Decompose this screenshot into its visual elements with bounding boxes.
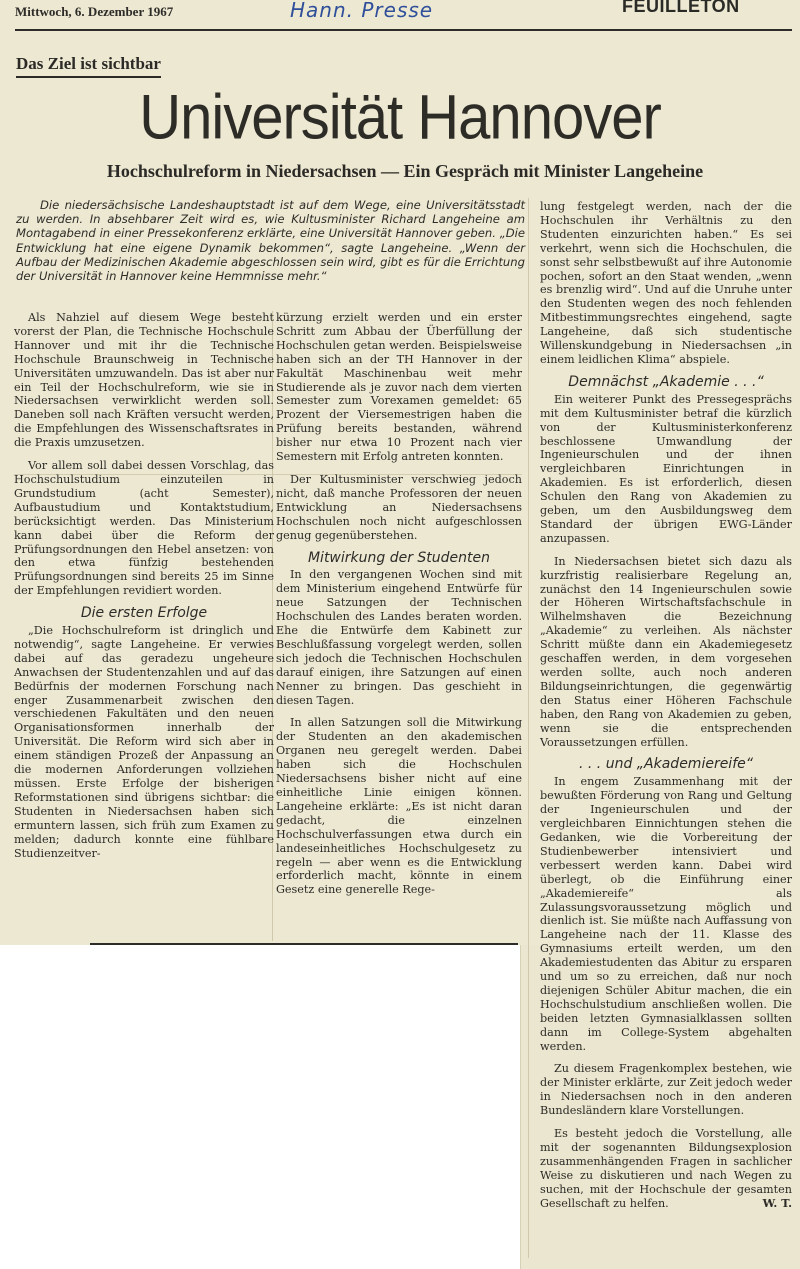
article-subheadline: Hochschulreform in Niedersachsen — Ein G…: [0, 161, 800, 182]
article-paragraph: Der Kultusminister verschwieg jedoch nic…: [276, 473, 522, 543]
article-paragraph: In engem Zusammenhang mit der bewußten F…: [540, 775, 792, 1053]
section-label: FEUILLETON: [622, 0, 740, 17]
article-paragraph: Ein weiterer Punkt des Pressegesprächs m…: [540, 393, 792, 546]
section-subheading: Demnächst „Akademie . . .“: [540, 376, 792, 390]
handwritten-source-note: Hann. Presse: [290, 0, 433, 22]
masthead-rule: [15, 29, 792, 31]
article-paragraph: In allen Satzungen soll die Mitwirkung d…: [276, 716, 522, 897]
article-column-3: lung festgelegt werden, nach der die Hoc…: [540, 200, 792, 1220]
article-paragraph: kürzung erzielt werden und ein erster Sc…: [276, 311, 522, 464]
author-signature: W. T.: [749, 1197, 792, 1211]
article-headline: Universität Hannover: [0, 81, 800, 153]
article-paragraph: Es besteht jedoch die Vorstellung, alle …: [540, 1127, 792, 1210]
clipping-bottom-rule: [90, 943, 518, 945]
section-subheading: Die ersten Erfolge: [14, 607, 274, 621]
article-paragraph: Zu diesem Fragenkomplex bestehen, wie de…: [540, 1062, 792, 1118]
article-paragraph: Vor allem soll dabei dessen Vorschlag, d…: [14, 459, 274, 598]
column-divider: [528, 198, 529, 1258]
article-paragraph: „Die Hochschulreform ist dringlich und n…: [14, 624, 274, 860]
section-subheading: Mitwirkung der Studenten: [276, 552, 522, 566]
article-paragraph: Als Nahziel auf diesem Wege besteht vore…: [14, 311, 274, 450]
article-paragraph: In Niedersachsen bietet sich dazu als ku…: [540, 555, 792, 750]
article-paragraph: lung festgelegt werden, nach der die Hoc…: [540, 200, 792, 367]
article-column-1: Als Nahziel auf diesem Wege besteht vore…: [14, 311, 274, 869]
issue-date: Mittwoch, 6. Dezember 1967: [15, 4, 173, 20]
article-column-2: kürzung erzielt werden und ein erster Sc…: [276, 311, 522, 906]
article-paragraph: In den vergangenen Wochen sind mit dem M…: [276, 568, 522, 707]
section-subheading: . . . und „Akademiereife“: [540, 758, 792, 772]
article-kicker: Das Ziel ist sichtbar: [16, 54, 161, 78]
article-lead: Die niedersächsische Landeshauptstadt is…: [16, 198, 525, 283]
masthead: Mittwoch, 6. Dezember 1967 Hann. Presse …: [0, 0, 800, 30]
